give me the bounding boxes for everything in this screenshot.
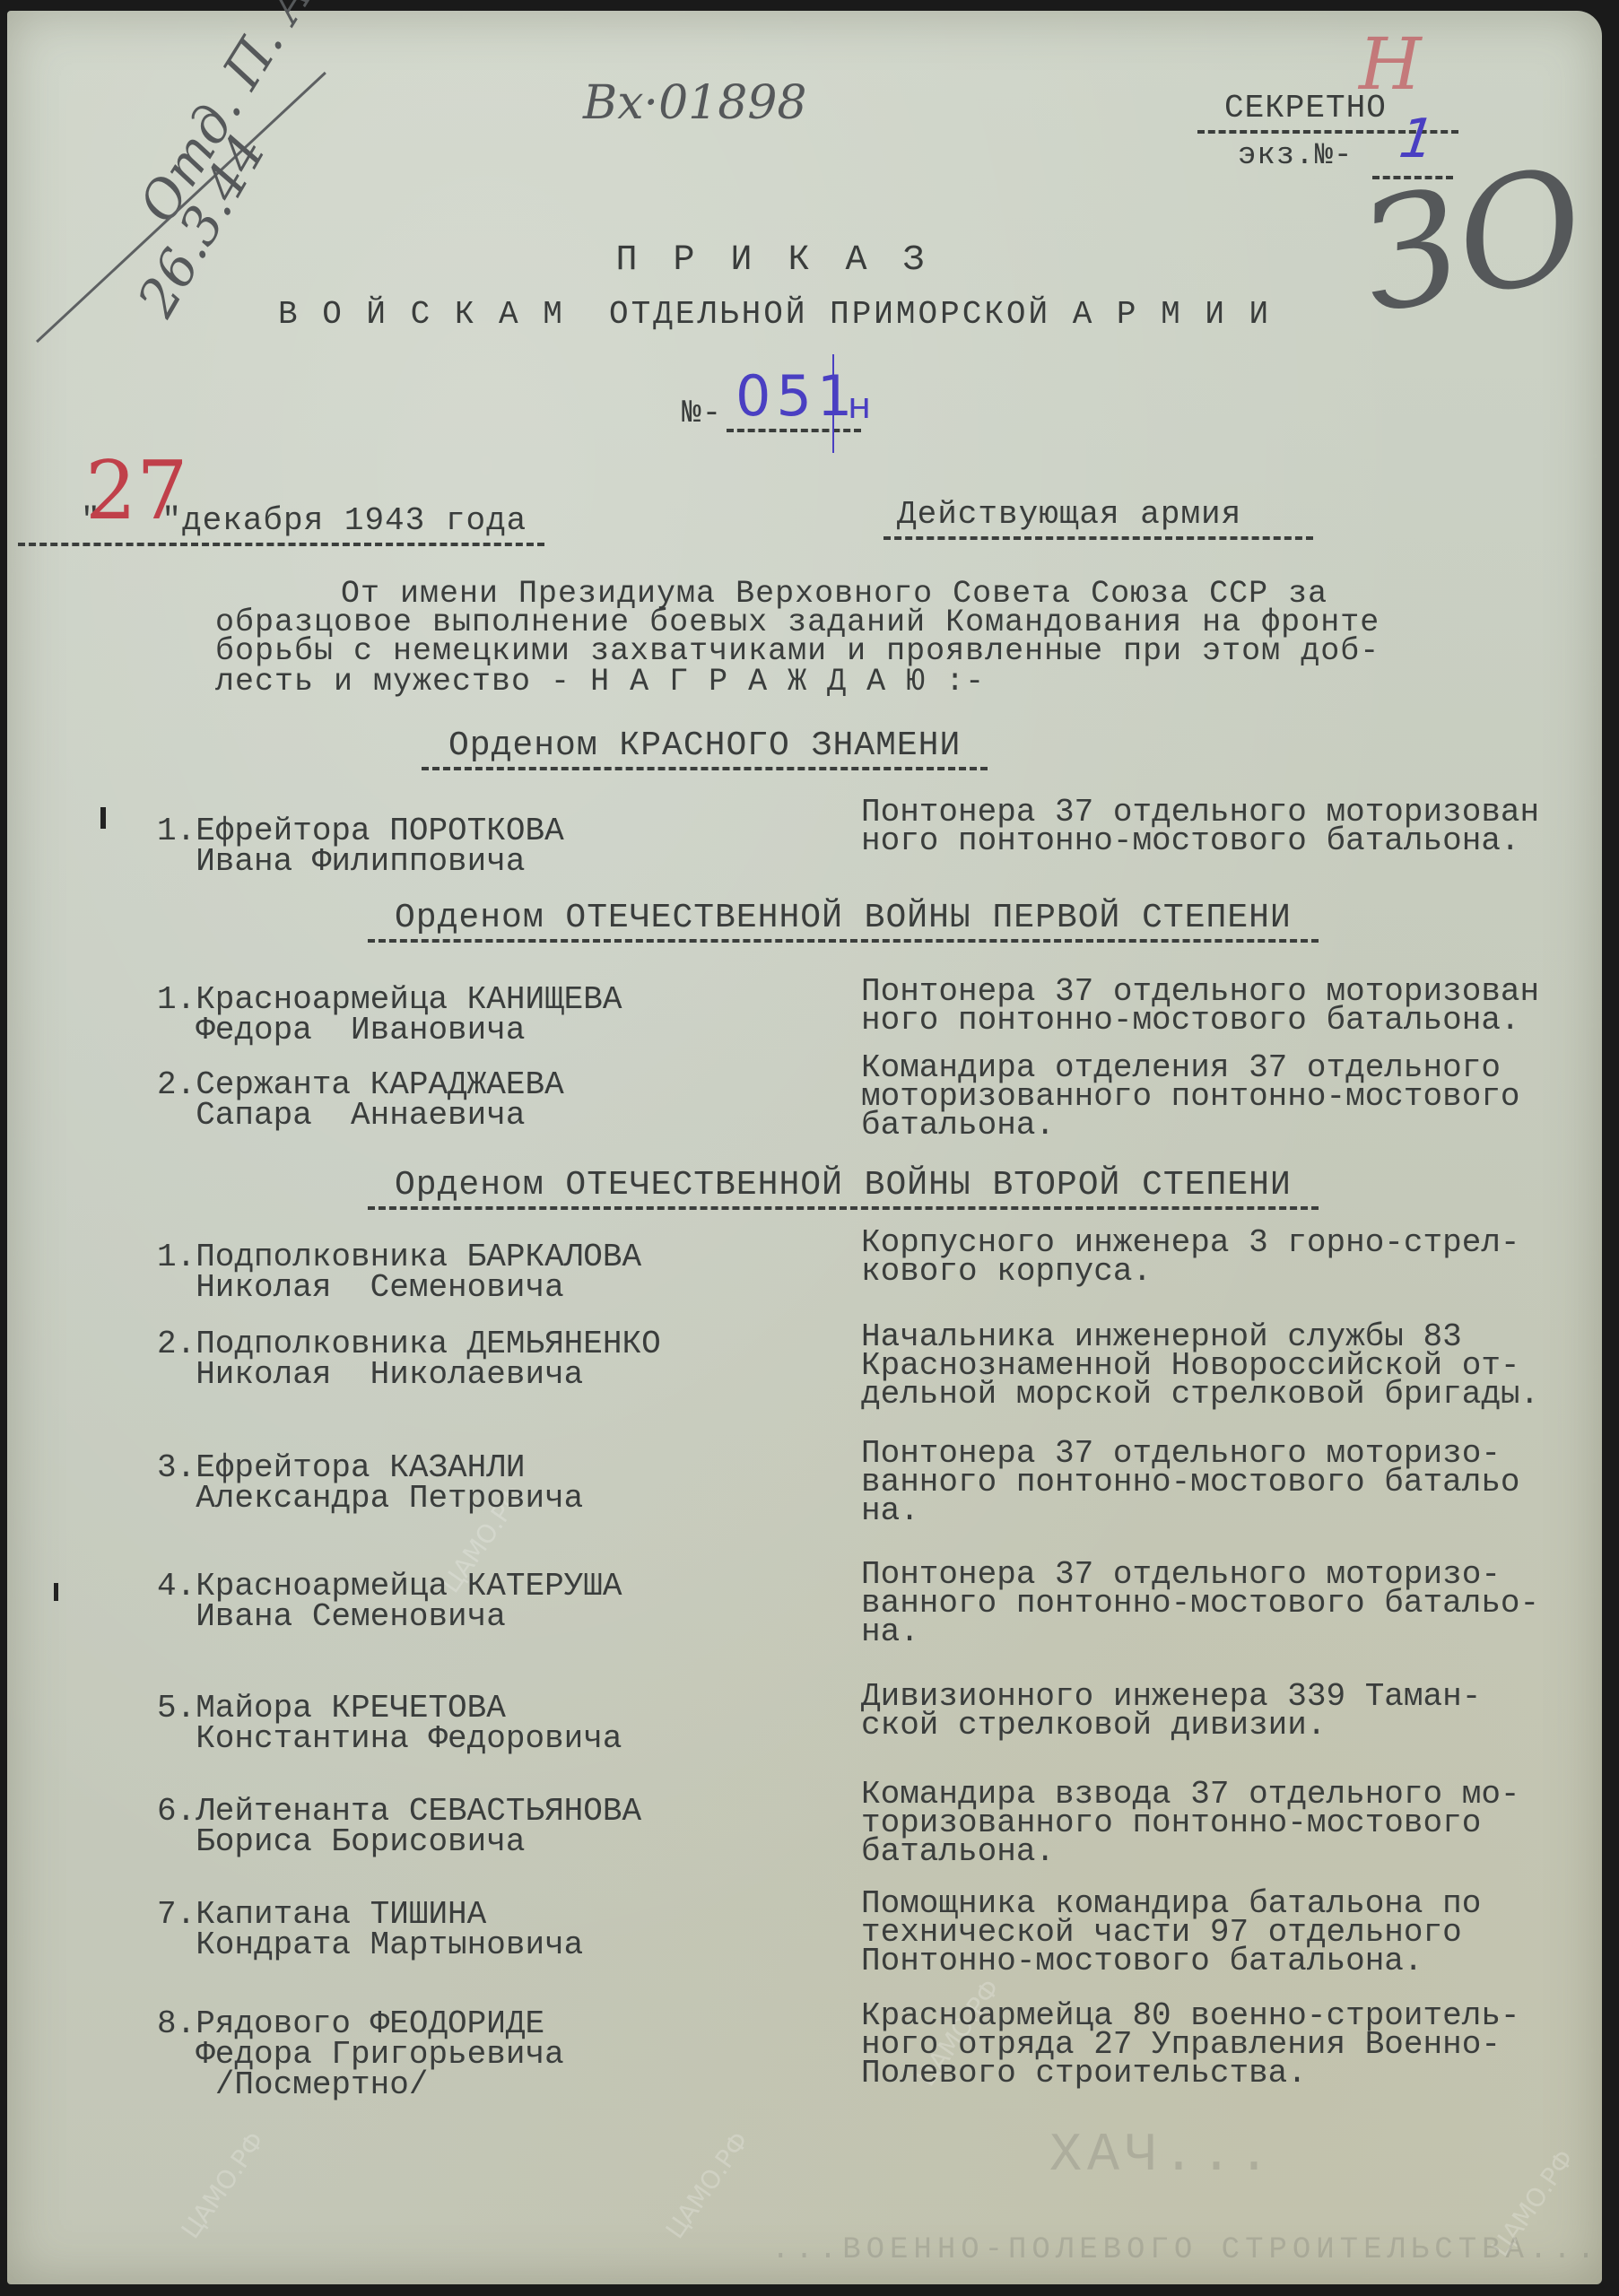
- awardee-name: 4.Красноармейца КАТЕРУША Ивана Семенович…: [157, 1571, 622, 1632]
- order-number-suffix[interactable]: н: [848, 386, 871, 427]
- bleed-through-stamp: ХАЧ...: [1049, 2126, 1275, 2187]
- awardee-name: 1.Красноармейца КАНИЩЕВА Федора Иванович…: [157, 985, 622, 1046]
- order-date-day[interactable]: 27: [85, 444, 188, 538]
- awardee-name: 7.Капитана ТИШИНА Кондрата Мартыновича: [157, 1900, 583, 1961]
- archive-number: Вх·01898: [583, 76, 807, 130]
- awardee-position: Понтонера 37 отдельного моторизованного …: [861, 978, 1539, 1035]
- awardee-position: Начальника инженерной службы 83Краснозна…: [861, 1323, 1539, 1409]
- page-title: П Р И К А З: [0, 240, 1583, 281]
- page-subtitle: В О Й С К А М ОТДЕЛЬНОЙ ПРИМОРСКОЙ А Р М…: [278, 296, 1271, 333]
- awardee-position: Красноармейца 80 военно-строитель-ного о…: [861, 2002, 1520, 2088]
- awardee-name: 2.Сержанта КАРАДЖАЕВА Сапара Аннаевича: [157, 1070, 564, 1131]
- award-section-title: Орденом КРАСНОГО ЗНАМЕНИ: [422, 726, 988, 770]
- copy-number-label: экз.№-: [1238, 139, 1353, 173]
- location: Действующая армия: [883, 496, 1313, 540]
- award-section-title: Орденом ОТЕЧЕСТВЕННОЙ ВОЙНЫ ВТОРОЙ СТЕПЕ…: [368, 1166, 1319, 1210]
- awardee-position: Понтонера 37 отдельного моторизо-ванного…: [861, 1439, 1520, 1526]
- awardee-name: 6.Лейтенанта СЕВАСТЬЯНОВА Бориса Борисов…: [157, 1796, 641, 1857]
- awardee-position: Командира отделения 37 отдельногомоториз…: [861, 1054, 1520, 1140]
- order-number-divider: [832, 354, 834, 453]
- preamble-line: лесть и мужество - Н А Г Р А Ж Д А Ю :-: [215, 664, 985, 700]
- awardee-position: Корпусного инженера 3 горно-стрел-кового…: [861, 1229, 1520, 1286]
- order-number-value[interactable]: 051: [736, 363, 857, 429]
- awardee-name: 1.Подполковника БАРКАЛОВА Николая Семено…: [157, 1242, 641, 1303]
- punch-hole: [54, 1583, 58, 1601]
- punch-hole: [100, 807, 106, 829]
- awardee-position: Командира взвода 37 отдельного мо-торизо…: [861, 1780, 1520, 1866]
- awardee-name: 1.Ефрейтора ПОРОТКОВА Ивана Филипповича: [157, 816, 564, 877]
- awardee-position: Помощника командира батальона потехничес…: [861, 1890, 1481, 1976]
- awardee-name: 3.Ефрейтора КАЗАНЛИ Александра Петровича: [157, 1453, 583, 1514]
- awardee-name: 5.Майора КРЕЧЕТОВА Константина Федорович…: [157, 1693, 622, 1754]
- order-number-prefix: №-: [682, 395, 722, 431]
- bleed-through-stamp: ...ВОЕННО-ПОЛЕВОГО СТРОИТЕЛЬСТВА...: [771, 2233, 1600, 2267]
- awardee-position: Дивизионного инженера 339 Таман-ской стр…: [861, 1683, 1481, 1740]
- awardee-position: Понтонера 37 отдельного моторизо-ванного…: [861, 1561, 1539, 1647]
- awardee-name: 8.Рядового ФЕОДОРИДЕ Федора Григорьевича…: [157, 2009, 564, 2100]
- awardee-name: 2.Подполковника ДЕМЬЯНЕНКО Николая Никол…: [157, 1329, 661, 1390]
- awardee-position: Понтонера 37 отдельного моторизованного …: [861, 798, 1539, 856]
- award-section-title: Орденом ОТЕЧЕСТВЕННОЙ ВОЙНЫ ПЕРВОЙ СТЕПЕ…: [368, 899, 1319, 943]
